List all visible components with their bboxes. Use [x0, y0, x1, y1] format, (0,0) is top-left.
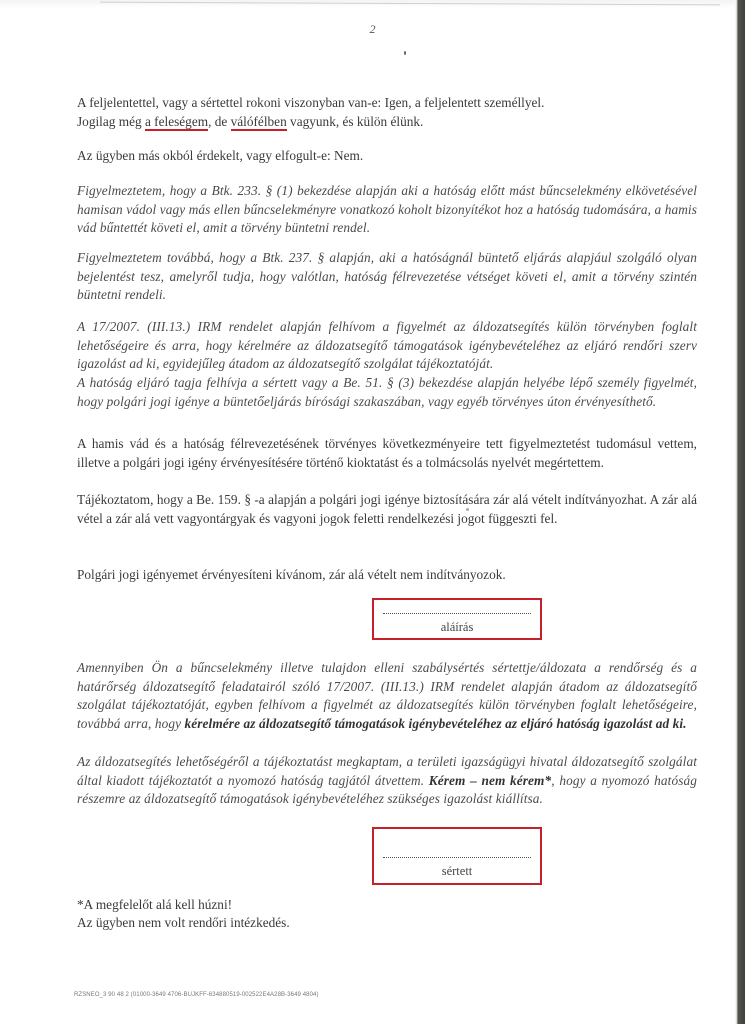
- seizure-info: Tájékoztatom, hogy a Be. 159. § -a alapj…: [77, 491, 697, 528]
- request-choice: Kérem – nem kérem*: [429, 773, 552, 788]
- warning-misleading-authority: Figyelmeztetem továbbá, hogy a Btk. 237.…: [77, 249, 697, 305]
- no-police-action: Az ügyben nem volt rendőri intézkedés.: [77, 914, 697, 933]
- signature-label: sértett: [374, 864, 540, 879]
- signature-line: [383, 857, 531, 858]
- red-underlined-wife: a feleségem: [145, 114, 208, 131]
- signature-box-sertett: sértett: [372, 827, 542, 885]
- signature-line: [383, 613, 531, 614]
- signature-box-alairas: aláírás: [372, 598, 542, 640]
- page-number: 2: [0, 22, 745, 37]
- relation-line-1: A feljelentettel, vagy a sértettel rokon…: [77, 94, 697, 113]
- text-fragment: , de: [208, 114, 231, 129]
- document-footer-code: RZSNEO_3 90 48 2 (01000-3649 4706-BUJKFF…: [74, 992, 319, 998]
- civil-claim-statement: Polgári jogi igényemet érvényesíteni kív…: [77, 566, 697, 585]
- acknowledgement: A hamis vád és a hatóság félrevezetéséne…: [77, 435, 697, 472]
- relation-statement: A feljelentettel, vagy a sértettel rokon…: [77, 94, 697, 131]
- relation-line-2: Jogilag még a feleségem, de válófélben v…: [77, 113, 697, 132]
- footnote: *A megfelelőt alá kell húzni!: [77, 896, 697, 915]
- victim-receipt-statement: Az áldozatsegítés lehetőségéről a tájéko…: [77, 753, 697, 809]
- text-fragment: vagyunk, és külön élünk.: [287, 114, 424, 129]
- victim-support-notice: Amennyiben Ön a bűncselekmény illetve tu…: [77, 659, 697, 733]
- victim-support-bold: kérelmére az áldozatsegítő támogatások i…: [185, 716, 687, 731]
- red-underlined-divorcing: válófélben: [231, 114, 287, 131]
- scan-speck: [404, 51, 406, 55]
- decree-notice-1: A 17/2007. (III.13.) IRM rendelet alapjá…: [77, 318, 697, 374]
- bias-statement: Az ügyben más okból érdekelt, vagy elfog…: [77, 147, 697, 166]
- scan-right-shadow: [735, 0, 745, 1024]
- signature-label: aláírás: [374, 620, 540, 635]
- decree-notice-2: A hatóság eljáró tagja felhívja a sértet…: [77, 374, 697, 411]
- text-fragment: Jogilag még: [77, 114, 145, 129]
- warning-false-accusation: Figyelmeztetem, hogy a Btk. 233. § (1) b…: [77, 182, 697, 238]
